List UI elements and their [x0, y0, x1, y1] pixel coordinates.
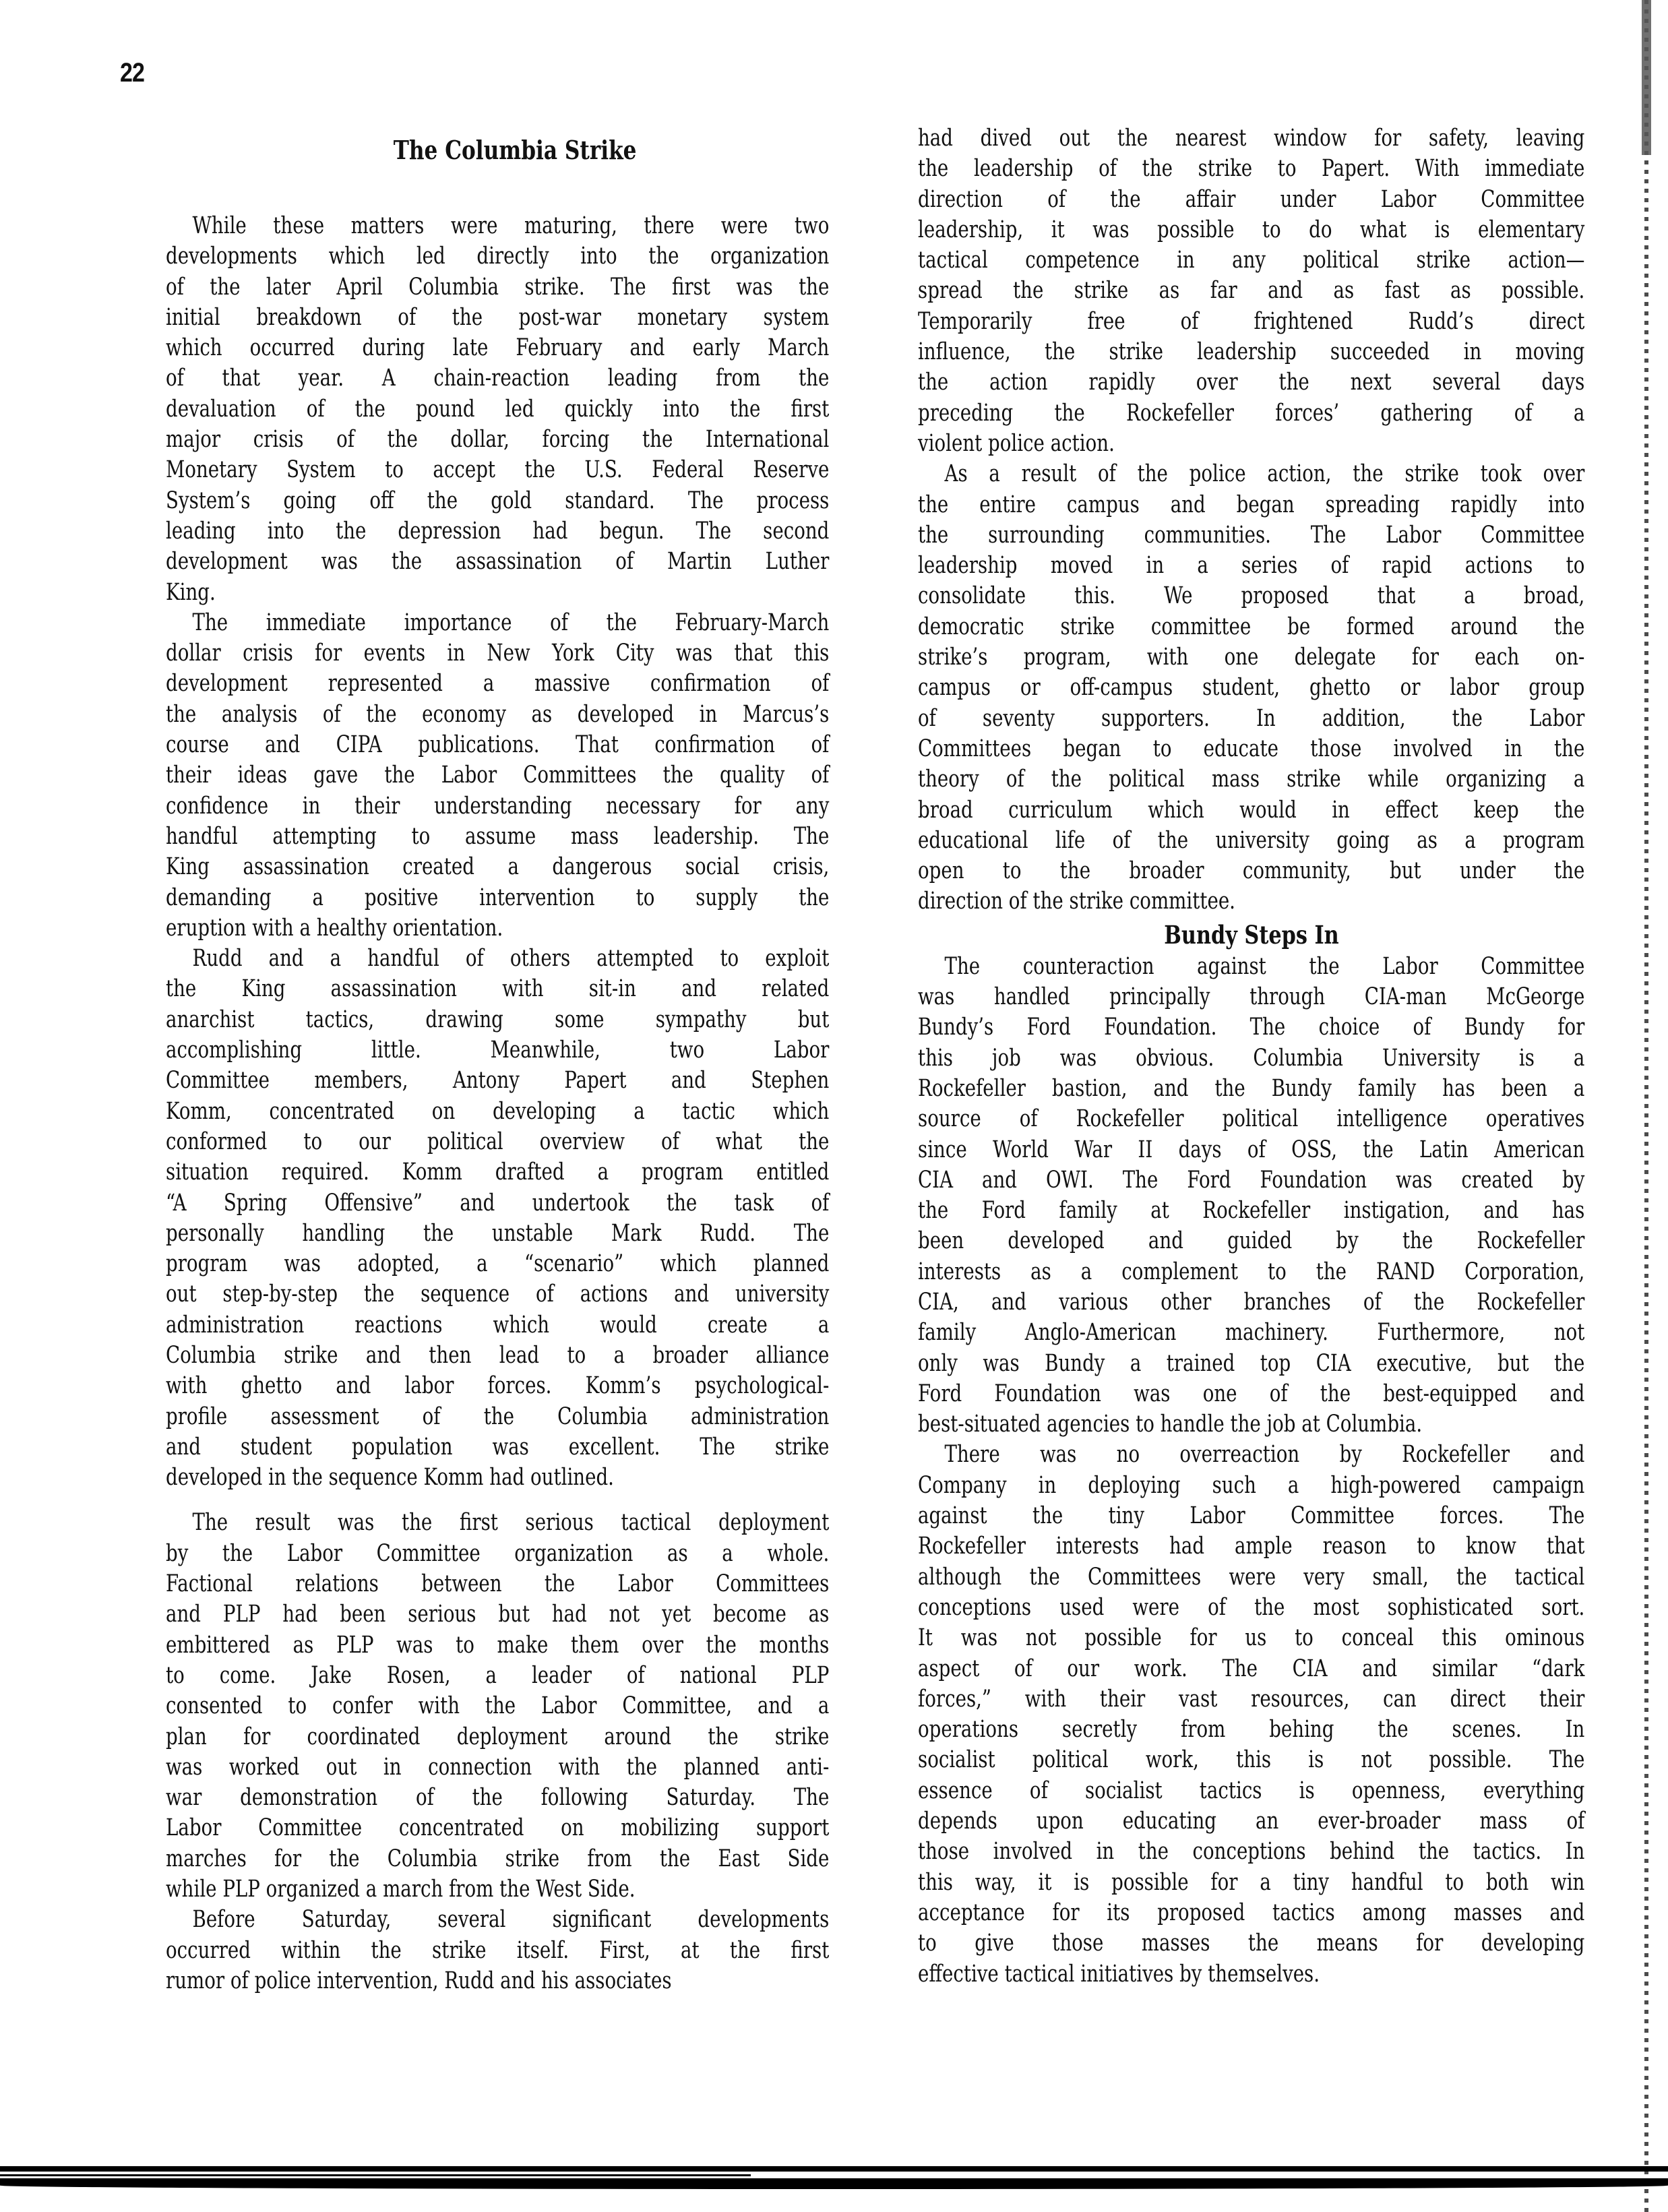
text-line: anarchist tactics, drawing some sympathy…: [166, 1005, 829, 1035]
text-line: of the later April Columbia strike. The …: [166, 272, 829, 303]
text-line: the entire campus and began spreading ra…: [918, 490, 1584, 520]
text-line: preceding the Rockefeller forces’ gather…: [918, 398, 1584, 429]
text-line: against the tiny Labor Committee forces.…: [918, 1501, 1584, 1531]
text-line: depends upon educating an ever-broader m…: [918, 1806, 1584, 1837]
text-line: of seventy supporters. In addition, the …: [918, 704, 1584, 734]
paragraph: Before Saturday, several significant dev…: [166, 1905, 830, 1996]
text-line: rumor of police intervention, Rudd and h…: [166, 1966, 829, 1996]
text-line: operations secretly from behing the scen…: [918, 1715, 1584, 1745]
text-line: spread the strike as far and as fast as …: [918, 276, 1584, 306]
text-line: although the Committees were very small,…: [918, 1562, 1584, 1593]
text-line: The result was the first serious tactica…: [166, 1508, 829, 1538]
text-line: the action rapidly over the next several…: [918, 367, 1584, 398]
text-line: consolidate this. We proposed that a bro…: [918, 581, 1584, 611]
paragraph: Rudd and a handful of others attempted t…: [166, 944, 830, 1493]
text-line: been developed and guided by the Rockefe…: [918, 1226, 1584, 1256]
paragraph: There was no overreaction by Rockefeller…: [918, 1440, 1585, 1989]
text-line: eruption with a healthy orientation.: [166, 913, 829, 944]
text-line: tactical competence in any political str…: [918, 245, 1584, 276]
text-line: dollar crisis for events in New York Cit…: [166, 638, 829, 669]
text-line: marches for the Columbia strike from the…: [166, 1844, 829, 1874]
text-line: handful attempting to assume mass leader…: [166, 822, 829, 852]
paragraph: As a result of the police action, the st…: [918, 459, 1585, 917]
page-number: 22: [120, 58, 144, 88]
text-line: best-situated agencies to handle the job…: [918, 1409, 1584, 1440]
text-line: their ideas gave the Labor Committees th…: [166, 760, 829, 791]
text-line: Rockefeller bastion, and the Bundy famil…: [918, 1074, 1584, 1104]
text-line: administration reactions which would cre…: [166, 1310, 829, 1341]
right-column-after-subheading: The counteraction against the Labor Comm…: [918, 952, 1585, 1990]
text-line: Temporarily free of frightened Rudd’s di…: [918, 307, 1584, 337]
text-line: the analysis of the economy as developed…: [166, 700, 829, 730]
text-line: Rudd and a handful of others attempted t…: [166, 944, 829, 974]
text-line: As a result of the police action, the st…: [918, 459, 1584, 489]
paragraph: had dived out the nearest window for saf…: [918, 123, 1585, 459]
text-line: CIA and OWI. The Ford Foundation was cre…: [918, 1165, 1584, 1196]
text-line: since World War II days of OSS, the Lati…: [918, 1135, 1584, 1165]
bottom-rule-line-1: [0, 2166, 1668, 2172]
text-line: direction of the strike committee.: [918, 886, 1584, 917]
text-line: consented to confer with the Labor Commi…: [166, 1691, 829, 1721]
text-line: to give those masses the means for devel…: [918, 1928, 1584, 1959]
text-line: While these matters were maturing, there…: [166, 211, 829, 241]
text-line: The counteraction against the Labor Comm…: [918, 952, 1584, 982]
text-line: was worked out in connection with the pl…: [166, 1752, 829, 1783]
text-line: Komm, concentrated on developing a tacti…: [166, 1097, 829, 1127]
text-line: family Anglo-American machinery. Further…: [918, 1318, 1584, 1348]
text-line: the Ford family at Rockefeller instigati…: [918, 1196, 1584, 1226]
paragraph: The counteraction against the Labor Comm…: [918, 952, 1585, 1440]
right-column-before-subheading: had dived out the nearest window for saf…: [918, 123, 1585, 917]
text-line: while PLP organized a march from the Wes…: [166, 1874, 829, 1905]
text-line: essence of socialist tactics is openness…: [918, 1776, 1584, 1806]
text-line: Columbia strike and then lead to a broad…: [166, 1341, 829, 1371]
text-line: program was adopted, a “scenario” which …: [166, 1249, 829, 1279]
text-line: conformed to our political overview of w…: [166, 1127, 829, 1157]
text-line: development represented a massive confir…: [166, 669, 829, 699]
text-line: influence, the strike leadership succeed…: [918, 337, 1584, 367]
text-line: war demonstration of the following Satur…: [166, 1783, 829, 1813]
paragraph: The immediate importance of the February…: [166, 608, 830, 944]
text-line: Labor Committee concentrated on mobilizi…: [166, 1813, 829, 1843]
text-line: developments which led directly into the…: [166, 241, 829, 272]
text-line: theory of the political mass strike whil…: [918, 764, 1584, 795]
text-line: accomplishing little. Meanwhile, two Lab…: [166, 1035, 829, 1066]
text-line: situation required. Komm drafted a progr…: [166, 1157, 829, 1188]
text-line: to come. Jake Rosen, a leader of nationa…: [166, 1661, 829, 1691]
text-line: with ghetto and labor forces. Komm’s psy…: [166, 1371, 829, 1401]
text-line: System’s going off the gold standard. Th…: [166, 486, 829, 516]
text-line: this way, it is possible for a tiny hand…: [918, 1868, 1584, 1898]
text-line: of that year. A chain-reaction leading f…: [166, 363, 829, 394]
text-line: profile assessment of the Columbia admin…: [166, 1402, 829, 1432]
text-line: forces,” with their vast resources, can …: [918, 1684, 1584, 1715]
text-line: out step-by-step the sequence of actions…: [166, 1279, 829, 1310]
text-line: personally handling the unstable Mark Ru…: [166, 1219, 829, 1249]
text-line: Factional relations between the Labor Co…: [166, 1569, 829, 1599]
text-line: acceptance for its proposed tactics amon…: [918, 1898, 1584, 1928]
text-line: conceptions used were of the most sophis…: [918, 1593, 1584, 1623]
text-line: Bundy’s Ford Foundation. The choice of B…: [918, 1012, 1584, 1043]
text-line: There was no overreaction by Rockefeller…: [918, 1440, 1584, 1470]
text-line: embittered as PLP was to make them over …: [166, 1630, 829, 1661]
text-line: this job was obvious. Columbia Universit…: [918, 1043, 1584, 1074]
text-line: violent police action.: [918, 429, 1584, 459]
right-column: had dived out the nearest window for saf…: [918, 123, 1585, 1990]
text-line: socialist political work, this is not po…: [918, 1745, 1584, 1775]
article-title: The Columbia Strike: [394, 135, 631, 165]
text-line: and student population was excellent. Th…: [166, 1432, 829, 1463]
text-line: Rockefeller interests had ample reason t…: [918, 1531, 1584, 1562]
text-line: initial breakdown of the post-war moneta…: [166, 303, 829, 333]
text-line: It was not possible for us to conceal th…: [918, 1623, 1584, 1653]
text-line: confidence in their understanding necess…: [166, 791, 829, 822]
text-line: leadership, it was possible to do what i…: [918, 215, 1584, 245]
text-line: the leadership of the strike to Papert. …: [918, 154, 1584, 184]
text-line: major crisis of the dollar, forcing the …: [166, 425, 829, 455]
scan-page-edge: [1644, 0, 1648, 2212]
text-line: effective tactical initiatives by themse…: [918, 1959, 1584, 1990]
text-line: plan for coordinated deployment around t…: [166, 1722, 829, 1752]
paragraph: The result was the first serious tactica…: [166, 1508, 830, 1905]
text-line: Before Saturday, several significant dev…: [166, 1905, 829, 1935]
text-line: those involved in the conceptions behind…: [918, 1837, 1584, 1867]
text-line: Ford Foundation was one of the best-equi…: [918, 1379, 1584, 1409]
scan-edge-blot: [1642, 0, 1651, 155]
text-line: open to the broader community, but under…: [918, 856, 1584, 886]
text-line: leadership moved in a series of rapid ac…: [918, 551, 1584, 581]
text-line: Committees began to educate those involv…: [918, 734, 1584, 764]
text-line: campus or off-campus student, ghetto or …: [918, 673, 1584, 703]
text-line: source of Rockefeller political intellig…: [918, 1104, 1584, 1134]
text-line: demanding a positive intervention to sup…: [166, 883, 829, 913]
text-line: King assassination created a dangerous s…: [166, 852, 829, 882]
text-line: only was Bundy a trained top CIA executi…: [918, 1349, 1584, 1379]
text-line: by the Labor Committee organization as a…: [166, 1539, 829, 1569]
text-line: had dived out the nearest window for saf…: [918, 123, 1584, 154]
bottom-rule-line-3: [0, 2178, 1668, 2189]
paragraph-gap: [166, 1493, 830, 1508]
text-line: leading into the depression had begun. T…: [166, 516, 829, 547]
paragraph: While these matters were maturing, there…: [166, 211, 830, 608]
text-line: devaluation of the pound led quickly int…: [166, 394, 829, 425]
text-line: strike’s program, with one delegate for …: [918, 642, 1584, 673]
text-line: Monetary System to accept the U.S. Feder…: [166, 455, 829, 485]
text-line: democratic strike committee be formed ar…: [918, 612, 1584, 642]
text-line: direction of the affair under Labor Comm…: [918, 185, 1584, 215]
text-line: interests as a complement to the RAND Co…: [918, 1257, 1584, 1287]
text-line: course and CIPA publications. That confi…: [166, 730, 829, 760]
text-line: “A Spring Offensive” and undertook the t…: [166, 1188, 829, 1219]
text-line: King.: [166, 578, 829, 608]
text-line: educational life of the university going…: [918, 826, 1584, 856]
left-column: While these matters were maturing, there…: [166, 211, 830, 1996]
scanned-page: 22 The Columbia Strike While these matte…: [0, 0, 1668, 2212]
text-line: aspect of our work. The CIA and similar …: [918, 1654, 1584, 1684]
text-line: developed in the sequence Komm had outli…: [166, 1463, 829, 1493]
text-line: was handled principally through CIA-man …: [918, 982, 1584, 1012]
text-line: The immediate importance of the February…: [166, 608, 829, 638]
section-subheading: Bundy Steps In: [978, 917, 1525, 952]
text-line: the surrounding communities. The Labor C…: [918, 520, 1584, 551]
bottom-rule-line-2: [0, 2174, 751, 2176]
text-line: occurred within the strike itself. First…: [166, 1936, 829, 1966]
text-line: and PLP had been serious but had not yet…: [166, 1599, 829, 1630]
text-line: which occurred during late February and …: [166, 333, 829, 363]
text-line: CIA, and various other branches of the R…: [918, 1287, 1584, 1318]
text-line: Committee members, Antony Papert and Ste…: [166, 1066, 829, 1096]
bottom-rule: [0, 2166, 1668, 2193]
text-line: Company in deploying such a high-powered…: [918, 1471, 1584, 1501]
text-line: broad curriculum which would in effect k…: [918, 795, 1584, 826]
text-line: the King assassination with sit-in and r…: [166, 974, 829, 1004]
text-line: development was the assassination of Mar…: [166, 547, 829, 577]
